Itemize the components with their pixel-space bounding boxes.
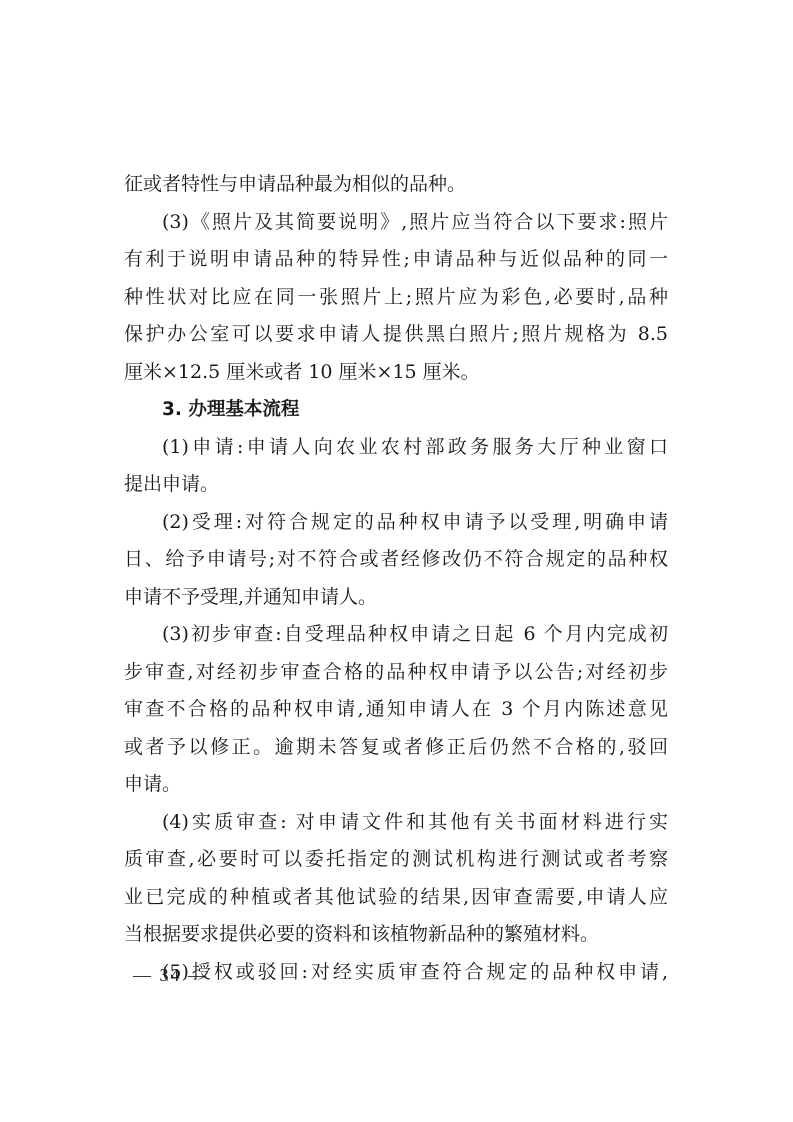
paragraph-step-3-preliminary-review: (3)初步审查:自受理品种权申请之日起 6 个月内完成初 步审查,对经初步审查合… (124, 616, 668, 804)
document-page: 征或者特性与申请品种最为相似的品种。 (3)《照片及其简要说明》,照片应当符合以… (0, 0, 793, 1122)
text-line: (3)《照片及其简要说明》,照片应当符合以下要求:照片 (124, 204, 668, 242)
text-line: 有利于说明申请品种的特异性;申请品种与近似品种的同一 (124, 241, 668, 279)
text-line: 当根据要求提供必要的资料和该植物新品种的繁殖材料。 (124, 916, 668, 954)
text-line: (1)申请:申请人向农业农村部政务服务大厅种业窗口 (124, 429, 668, 467)
section-heading-basic-process: 3. 办理基本流程 (124, 391, 668, 429)
text-line: 种性状对比应在同一张照片上;照片应为彩色,必要时,品种 (124, 279, 668, 317)
text-line: (3)初步审查:自受理品种权申请之日起 6 个月内完成初 (124, 616, 668, 654)
text-line: 日、给予申请号;对不符合或者经修改仍不符合规定的品种权 (124, 541, 668, 579)
text-line: (2)受理:对符合规定的品种权申请予以受理,明确申请 (124, 504, 668, 542)
paragraph-step-2-acceptance: (2)受理:对符合规定的品种权申请予以受理,明确申请 日、给予申请号;对不符合或… (124, 504, 668, 617)
page-number: — 34 — (133, 965, 208, 986)
paragraph-step-1-application: (1)申请:申请人向农业农村部政务服务大厅种业窗口 提出申请。 (124, 429, 668, 504)
text-line: 征或者特性与申请品种最为相似的品种。 (124, 166, 668, 204)
paragraph-photo-requirements: (3)《照片及其简要说明》,照片应当符合以下要求:照片 有利于说明申请品种的特异… (124, 204, 668, 392)
text-line: (4)实质审查: 对申请文件和其他有关书面材料进行实 (124, 804, 668, 842)
text-line: 提出申请。 (124, 466, 668, 504)
text-line: 保护办公室可以要求申请人提供黑白照片;照片规格为 8.5 (124, 316, 668, 354)
text-line: 申请不予受理,并通知申请人。 (124, 579, 668, 617)
section-heading: 3. 办理基本流程 (124, 391, 668, 429)
text-line: 步审查,对经初步审查合格的品种权申请予以公告;对经初步 (124, 654, 668, 692)
text-line: 审查不合格的品种权申请,通知申请人在 3 个月内陈述意见 (124, 691, 668, 729)
text-line: 业已完成的种植或者其他试验的结果,因审查需要,申请人应 (124, 879, 668, 917)
paragraph-step-4-substantive-review: (4)实质审查: 对申请文件和其他有关书面材料进行实 质审查,必要时可以委托指定… (124, 804, 668, 954)
paragraph-continuation: 征或者特性与申请品种最为相似的品种。 (124, 166, 668, 204)
text-line: 厘米×12.5 厘米或者 10 厘米×15 厘米。 (124, 354, 668, 392)
body-text: 征或者特性与申请品种最为相似的品种。 (3)《照片及其简要说明》,照片应当符合以… (124, 166, 668, 991)
text-line: 申请。 (124, 766, 668, 804)
text-line: 或者予以修正。逾期未答复或者修正后仍然不合格的,驳回 (124, 729, 668, 767)
text-line: 质审查,必要时可以委托指定的测试机构进行测试或者考察 (124, 841, 668, 879)
